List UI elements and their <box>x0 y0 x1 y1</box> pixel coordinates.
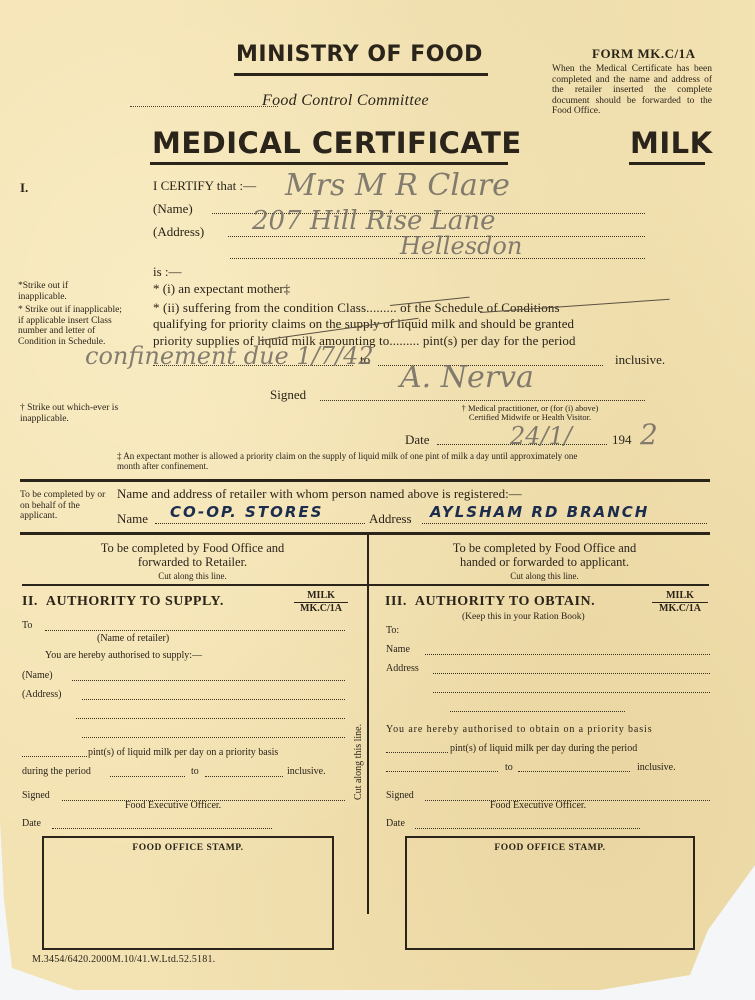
retailer-side-note: To be completed by or on behalf of the a… <box>20 490 110 522</box>
title-underline <box>150 162 508 165</box>
section-2-title: AUTHORITY TO SUPPLY. <box>46 594 224 609</box>
retailer-name-field[interactable] <box>155 523 365 524</box>
section-2-milk-code-top: MILK <box>294 590 348 603</box>
section-3-instruction-line2: handed or forwarded to applicant. <box>372 555 717 569</box>
section-2-instruction-line1: To be completed by Food Office and <box>20 541 365 555</box>
section-2-pints-line: pint(s) of liquid milk per day on a prio… <box>88 747 278 759</box>
section-2-cut-line-label: Cut along this line. <box>20 571 365 581</box>
section-3-officer: Food Executive Officer. <box>490 800 586 812</box>
option-expectant-mother: * (i) an expectant mother‡ <box>153 281 290 297</box>
cut-divider-line <box>367 534 369 914</box>
address-label: (Address) <box>153 224 204 240</box>
retailer-heading: Name and address of retailer with whom p… <box>117 486 522 502</box>
side-note-strike-out: *Strike out if inapplicable. <box>18 281 108 302</box>
section-3-instruction: To be completed by Food Office and hande… <box>372 541 717 569</box>
form-code: FORM MK.C/1A <box>592 46 695 62</box>
section-2-name-label: (Name) <box>22 670 53 682</box>
retailer-name-label: Name <box>117 511 148 527</box>
section-3-date-field[interactable] <box>415 828 640 829</box>
section-2-number: II. <box>22 594 38 609</box>
expectant-mother-footnote: ‡ An expectant mother is allowed a prior… <box>117 451 602 471</box>
section-3-to-word: to <box>505 762 513 774</box>
section-3-subtitle: (Keep this in your Ration Book) <box>462 611 585 623</box>
section-2-period-from-field[interactable] <box>110 776 185 777</box>
section-3-authorised: You are hereby authorised to obtain on a… <box>386 724 711 736</box>
section-2-stamp-box: FOOD OFFICE STAMP. <box>42 836 334 950</box>
section-2-instruction: To be completed by Food Office and forwa… <box>20 541 365 569</box>
section-3-name-label: Name <box>386 644 410 656</box>
section-3-date-label: Date <box>386 818 405 830</box>
handwritten-name: Mrs M R Clare <box>285 168 510 203</box>
section-3-milk-code-top: MILK <box>652 590 708 603</box>
section-3-address-field-1[interactable] <box>433 673 710 674</box>
side-note-class-number: * Strike out if inapplicable; if applica… <box>18 305 123 347</box>
section-2-cut-rule <box>22 584 367 586</box>
section-3-inclusive: inclusive. <box>637 762 676 774</box>
section-3-pints-field[interactable] <box>386 752 448 753</box>
section-3-name-field[interactable] <box>425 654 710 655</box>
section-2-address-field-2[interactable] <box>76 718 345 719</box>
section-2-officer: Food Executive Officer. <box>125 800 221 812</box>
section-2-authorised: You are hereby authorised to supply:— <box>45 650 202 662</box>
handwritten-period-note: confinement due 1/7/42 <box>85 342 374 370</box>
ministry-heading: MINISTRY OF FOOD <box>236 42 483 67</box>
milk-title: MILK <box>630 126 713 160</box>
section-3-title: AUTHORITY TO OBTAIN. <box>415 594 595 609</box>
committee-dotted-line <box>130 106 278 107</box>
section-2-heading: II. AUTHORITY TO SUPPLY. <box>22 594 224 610</box>
side-note-whichever: † Strike out which-ever is inapplicable. <box>20 403 120 424</box>
option-condition-line2: qualifying for priority claims on the su… <box>153 316 703 332</box>
period-inclusive: inclusive. <box>615 352 665 368</box>
retailer-name-value: CO-OP. STORES <box>170 503 323 521</box>
section-2-period-to-field[interactable] <box>205 776 283 777</box>
form-instructions: When the Medical Certificate has been co… <box>552 64 712 117</box>
section-2-pints-field[interactable] <box>22 756 87 757</box>
section-2-signed-label: Signed <box>22 790 50 802</box>
print-code: M.3454/6420.2000M.10/41.W.Ltd.52.5181. <box>32 954 215 965</box>
section-2-date-label: Date <box>22 818 41 830</box>
retailer-address-value: AYLSHAM RD BRANCH <box>430 503 649 521</box>
section-3-heading: III. AUTHORITY TO OBTAIN. <box>385 594 595 610</box>
section-2-retailer-caption: (Name of retailer) <box>97 633 169 645</box>
section-3-to-label: To: <box>386 625 399 637</box>
retailer-address-field[interactable] <box>422 523 707 524</box>
section-3-signed-label: Signed <box>386 790 414 802</box>
ministry-underline <box>234 73 488 76</box>
section-2-to-field[interactable] <box>45 630 345 631</box>
retailer-bottom-rule <box>20 532 710 535</box>
section-3-stamp-label: FOOD OFFICE STAMP. <box>407 838 693 853</box>
section-3-cut-line-label: Cut along this line. <box>372 571 717 581</box>
section-2-address-field-3[interactable] <box>82 737 345 738</box>
section-2-address-label: (Address) <box>22 689 61 701</box>
section-2-milk-code: MILK MK.C/1A <box>294 590 348 615</box>
milk-underline <box>629 162 705 165</box>
section-2-date-field[interactable] <box>52 828 272 829</box>
date-year-prefix: 194 <box>612 432 632 448</box>
section-3-pints-line: pint(s) of liquid milk per day during th… <box>450 743 637 755</box>
handwritten-address-line2: Hellesdon <box>400 232 522 260</box>
retailer-address-label: Address <box>369 511 412 527</box>
section-3-period-to-field[interactable] <box>518 771 630 772</box>
signature-field[interactable] <box>320 400 645 401</box>
section-2-address-field-1[interactable] <box>82 699 345 700</box>
paper-document: MINISTRY OF FOOD Food Control Committee … <box>0 0 755 1000</box>
date-label: Date <box>405 432 430 448</box>
section-2-to-label: To <box>22 620 32 632</box>
retailer-top-rule <box>20 479 710 482</box>
section-1-number: I. <box>20 180 28 196</box>
section-3-milk-code-bottom: MK.C/1A <box>659 603 701 614</box>
certificate-title: MEDICAL CERTIFICATE <box>152 126 522 160</box>
section-3-number: III. <box>385 594 407 609</box>
section-2-inclusive: inclusive. <box>287 766 326 778</box>
section-3-address-label: Address <box>386 663 419 675</box>
vertical-cut-label: Cut along this line. <box>353 724 364 800</box>
section-3-instruction-line1: To be completed by Food Office and <box>372 541 717 555</box>
section-2-stamp-label: FOOD OFFICE STAMP. <box>44 838 332 853</box>
section-2-period-label: during the period <box>22 766 91 778</box>
section-3-address-field-2[interactable] <box>433 692 710 693</box>
section-3-address-field-3[interactable] <box>450 711 625 712</box>
committee-name: Food Control Committee <box>262 92 429 110</box>
signer-note: † Medical practitioner, or (for (i) abov… <box>420 404 640 422</box>
handwritten-year-digit: 2 <box>640 418 658 451</box>
handwritten-date: 24/1/ <box>510 422 572 450</box>
name-label: (Name) <box>153 201 193 217</box>
signed-label: Signed <box>270 387 306 403</box>
section-3-period-from-field[interactable] <box>386 771 498 772</box>
handwritten-signature: A. Nerva <box>400 360 534 395</box>
is-label: is :— <box>153 264 182 280</box>
section-2-instruction-line2: forwarded to Retailer. <box>20 555 365 569</box>
section-3-milk-code: MILK MK.C/1A <box>652 590 708 615</box>
section-3-cut-rule <box>369 584 709 586</box>
section-2-to-word: to <box>191 766 199 778</box>
section-3-stamp-box: FOOD OFFICE STAMP. <box>405 836 695 950</box>
signer-note-line2: Certified Midwife or Health Visitor. <box>420 413 640 422</box>
section-2-milk-code-bottom: MK.C/1A <box>300 603 342 614</box>
certify-label: I CERTIFY that :— <box>153 178 256 194</box>
section-2-name-field[interactable] <box>72 680 345 681</box>
